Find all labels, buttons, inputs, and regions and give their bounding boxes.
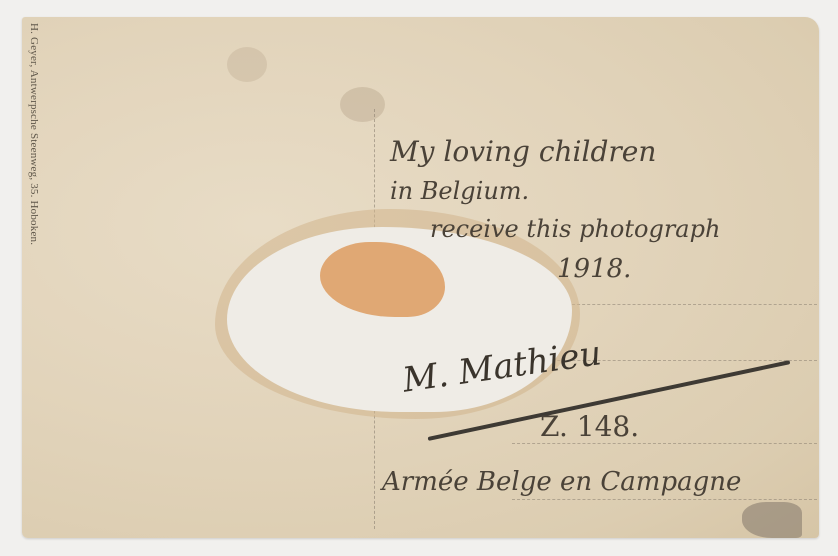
postcard-back: H. Geyer, Antwerpsche Steenweg, 35. Hobo…: [22, 17, 819, 538]
message-line-3: receive this photograph: [430, 215, 720, 243]
unit-number: Z. 148.: [540, 410, 639, 443]
message-line-1: My loving children: [390, 135, 656, 168]
address-line-4: [512, 499, 817, 500]
army-line: Armée Belge en Campagne: [382, 467, 741, 497]
publisher-imprint: H. Geyer, Antwerpsche Steenweg, 35. Hobo…: [28, 23, 40, 383]
top-stain-left: [227, 47, 267, 82]
message-line-4: 1918.: [557, 254, 631, 284]
top-stain-right: [340, 87, 385, 122]
message-line-2: in Belgium.: [390, 177, 529, 205]
corner-damage: [742, 502, 802, 538]
address-line-1: [562, 304, 817, 305]
address-line-3: [512, 443, 817, 444]
